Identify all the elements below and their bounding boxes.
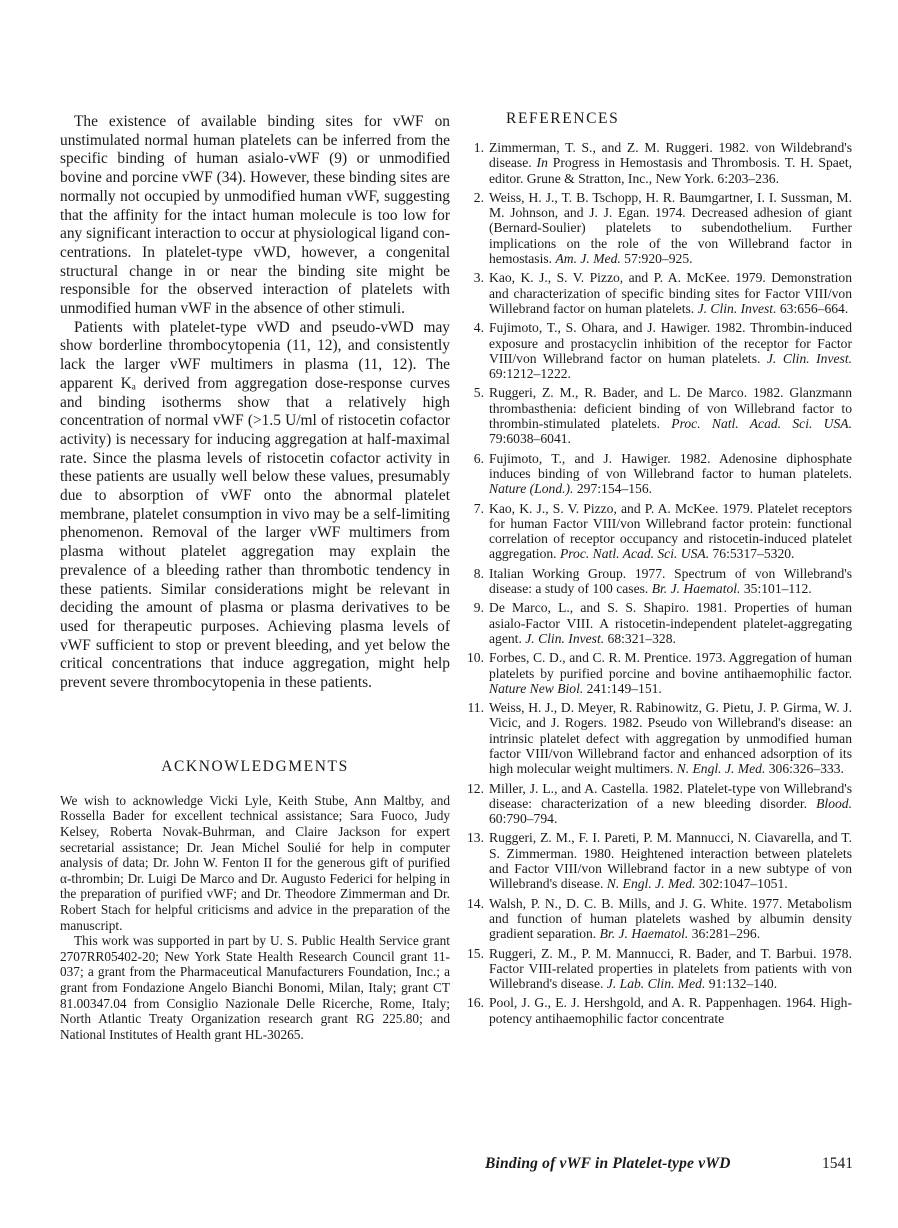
funding-paragraph: This work was supported in part by U. S.… [60, 933, 450, 1042]
page-number: 1541 [822, 1155, 853, 1173]
reference-citation: 297:154–156. [573, 481, 652, 496]
reference-number: 9. [466, 600, 484, 646]
reference-text: De Marco, L., and S. S. Shapiro. 1981. P… [489, 600, 852, 646]
reference-item: 16.Pool, J. G., E. J. Hershgold, and A. … [466, 995, 852, 1026]
reference-journal: N. Engl. J. Med. [677, 761, 766, 776]
reference-citation: 79:6038–6041. [489, 431, 571, 446]
reference-item: 12.Miller, J. L., and A. Castella. 1982.… [466, 781, 852, 827]
reference-text: Ruggeri, Z. M., F. I. Pareti, P. M. Mann… [489, 830, 852, 891]
reference-item: 10.Forbes, C. D., and C. R. M. Prentice.… [466, 650, 852, 696]
reference-journal: J. Clin. Invest. [767, 351, 852, 366]
reference-item: 7.Kao, K. J., S. V. Pizzo, and P. A. McK… [466, 501, 852, 562]
reference-text: Weiss, H. J., T. B. Tschopp, H. R. Baumg… [489, 190, 852, 266]
body-paragraph: The existence of available binding sites… [60, 113, 450, 319]
reference-text: Miller, J. L., and A. Castella. 1982. Pl… [489, 781, 852, 827]
reference-journal: Am. J. Med. [555, 251, 620, 266]
reference-journal: J. Clin. Invest. [525, 631, 604, 646]
reference-citation: 57:920–925. [621, 251, 693, 266]
reference-body: Fujimoto, T., and J. Hawiger. 1982. Aden… [489, 451, 852, 481]
reference-journal: Proc. Natl. Acad. Sci. USA. [671, 416, 852, 431]
reference-citation: 91:132–140. [705, 976, 777, 991]
reference-list: 1.Zimmerman, T. S., and Z. M. Ruggeri. 1… [466, 140, 852, 1026]
reference-item: 2.Weiss, H. J., T. B. Tschopp, H. R. Bau… [466, 190, 852, 266]
reference-journal: J. Lab. Clin. Med. [607, 976, 706, 991]
reference-body: Miller, J. L., and A. Castella. 1982. Pl… [489, 781, 852, 811]
reference-item: 5.Ruggeri, Z. M., R. Bader, and L. De Ma… [466, 385, 852, 446]
reference-text: Walsh, P. N., D. C. B. Mills, and J. G. … [489, 896, 852, 942]
reference-citation: 302:1047–1051. [696, 876, 788, 891]
reference-item: 13.Ruggeri, Z. M., F. I. Pareti, P. M. M… [466, 830, 852, 891]
reference-text: Italian Working Group. 1977. Spectrum of… [489, 566, 852, 597]
reference-number: 8. [466, 566, 484, 597]
reference-text: Forbes, C. D., and C. R. M. Prentice. 19… [489, 650, 852, 696]
reference-number: 16. [466, 995, 484, 1026]
reference-citation: 35:101–112. [740, 581, 811, 596]
reference-citation: 60:790–794. [489, 811, 557, 826]
reference-citation: 68:321–328. [604, 631, 676, 646]
reference-journal: J. Clin. Invest. [698, 301, 777, 316]
reference-number: 15. [466, 946, 484, 992]
reference-number: 4. [466, 320, 484, 381]
reference-number: 12. [466, 781, 484, 827]
reference-journal: Br. J. Haematol. [652, 581, 741, 596]
reference-journal: Nature New Biol. [489, 681, 583, 696]
reference-number: 6. [466, 451, 484, 497]
reference-item: 8.Italian Working Group. 1977. Spectrum … [466, 566, 852, 597]
reference-citation: 69:1212–1222. [489, 366, 571, 381]
reference-item: 11.Weiss, H. J., D. Meyer, R. Rabinowitz… [466, 700, 852, 776]
right-column: REFERENCES 1.Zimmerman, T. S., and Z. M.… [466, 110, 852, 1030]
reference-text: Pool, J. G., E. J. Hershgold, and A. R. … [489, 995, 852, 1026]
reference-journal: Nature (Lond.). [489, 481, 573, 496]
reference-citation: 306:326–333. [765, 761, 844, 776]
reference-number: 13. [466, 830, 484, 891]
reference-text: Weiss, H. J., D. Meyer, R. Rabinowitz, G… [489, 700, 852, 776]
reference-journal: Br. J. Haematol. [600, 926, 689, 941]
reference-journal: N. Engl. J. Med. [607, 876, 696, 891]
reference-item: 14.Walsh, P. N., D. C. B. Mills, and J. … [466, 896, 852, 942]
body-paragraph: Patients with platelet-type vWD and pseu… [60, 319, 450, 693]
reference-journal: Blood. [816, 796, 852, 811]
reference-body: Forbes, C. D., and C. R. M. Prentice. 19… [489, 650, 852, 680]
acknowledgments-paragraph: We wish to acknowledge Vicki Lyle, Keith… [60, 793, 450, 933]
page-footer: Binding of vWF in Platelet-type vWD 1541 [485, 1155, 853, 1173]
reference-item: 1.Zimmerman, T. S., and Z. M. Ruggeri. 1… [466, 140, 852, 186]
reference-citation: 241:149–151. [583, 681, 662, 696]
reference-body: Pool, J. G., E. J. Hershgold, and A. R. … [489, 995, 852, 1025]
reference-number: 2. [466, 190, 484, 266]
reference-number: 7. [466, 501, 484, 562]
references-heading: REFERENCES [466, 110, 852, 128]
reference-citation: 63:656–664. [776, 301, 848, 316]
reference-text: Zimmerman, T. S., and Z. M. Ruggeri. 198… [489, 140, 852, 186]
reference-number: 3. [466, 270, 484, 316]
reference-text: Ruggeri, Z. M., P. M. Mannucci, R. Bader… [489, 946, 852, 992]
reference-text: Kao, K. J., S. V. Pizzo, and P. A. McKee… [489, 501, 852, 562]
reference-text: Fujimoto, T., S. Ohara, and J. Hawiger. … [489, 320, 852, 381]
reference-text: Kao, K. J., S. V. Pizzo, and P. A. McKee… [489, 270, 852, 316]
reference-number: 1. [466, 140, 484, 186]
reference-item: 4.Fujimoto, T., S. Ohara, and J. Hawiger… [466, 320, 852, 381]
reference-item: 6.Fujimoto, T., and J. Hawiger. 1982. Ad… [466, 451, 852, 497]
reference-item: 3.Kao, K. J., S. V. Pizzo, and P. A. McK… [466, 270, 852, 316]
reference-journal: Proc. Natl. Acad. Sci. USA. [560, 546, 709, 561]
reference-citation: 76:5317–5320. [709, 546, 794, 561]
reference-item: 9.De Marco, L., and S. S. Shapiro. 1981.… [466, 600, 852, 646]
reference-citation: 36:281–296. [688, 926, 760, 941]
left-column: The existence of available binding sites… [60, 113, 450, 1042]
reference-number: 11. [466, 700, 484, 776]
reference-item: 15.Ruggeri, Z. M., P. M. Mannucci, R. Ba… [466, 946, 852, 992]
reference-number: 14. [466, 896, 484, 942]
reference-text: Ruggeri, Z. M., R. Bader, and L. De Marc… [489, 385, 852, 446]
reference-journal: In [537, 155, 548, 170]
reference-text: Fujimoto, T., and J. Hawiger. 1982. Aden… [489, 451, 852, 497]
acknowledgments-heading: ACKNOWLEDGMENTS [60, 758, 450, 776]
running-title: Binding of vWF in Platelet-type vWD [485, 1155, 731, 1173]
reference-number: 5. [466, 385, 484, 446]
reference-number: 10. [466, 650, 484, 696]
